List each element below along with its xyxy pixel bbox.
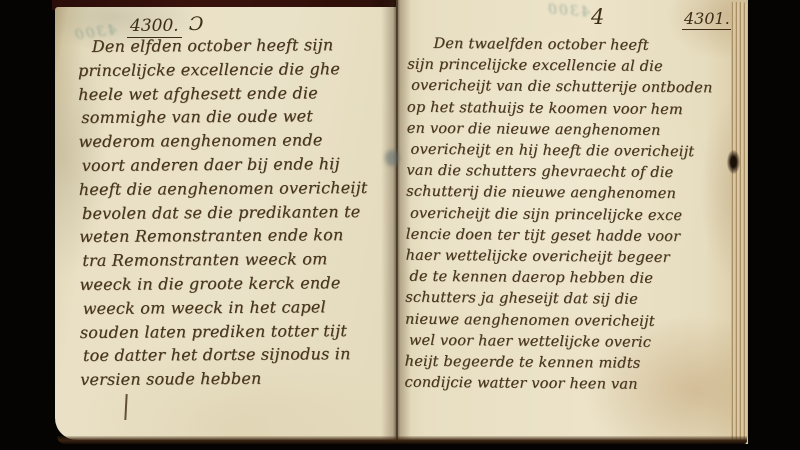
left-page-text: Den elfden october heeft sijn princelijc…: [78, 33, 369, 392]
manuscript-line: heele wet afghesett ende die: [78, 81, 367, 107]
manuscript-line: versien soude hebben: [80, 366, 369, 392]
page-fore-edge: [731, 2, 748, 442]
manuscript-line: op het stathuijs te koomen voor hem: [407, 97, 713, 121]
manuscript-line: nieuwe aenghenomen overicheijt: [405, 309, 711, 333]
left-folio-flourish: Ɔ: [189, 13, 204, 35]
manuscript-line: haer wettelijcke overicheijt begeer: [406, 246, 712, 270]
right-page-text: Den twaelfden october heeft sijn princel…: [404, 34, 713, 397]
manuscript-line: overicheijt en hij heeft die overicheijt: [410, 140, 712, 164]
manuscript-photo: 4300. Ɔ 4300 Den elfden october heeft si…: [0, 0, 800, 450]
manuscript-line: Den elfden october heeft sijn: [92, 33, 367, 59]
manuscript-line: overicheijt van die schutterije ontboden: [411, 76, 713, 100]
left-page: 4300. Ɔ 4300 Den elfden october heeft si…: [55, 7, 396, 440]
manuscript-line: heijt begeerde te kennen midts: [405, 352, 711, 376]
manuscript-line: toe datter het dortse sijnodus in: [83, 342, 369, 368]
manuscript-line: lencie doen ter tijt geset hadde voor: [406, 224, 712, 248]
manuscript-line: weeck in die groote kerck ende: [79, 271, 368, 297]
archive-stamp-ghost-right: 4300: [545, 1, 590, 20]
manuscript-line: schutterij die nieuwe aenghenomen: [406, 182, 712, 206]
manuscript-line: de te kennen daerop hebben die: [409, 267, 711, 291]
manuscript-line: wederom aenghenomen ende: [78, 128, 367, 154]
ink-blot: [385, 150, 399, 166]
right-page: 4 4301. 4300 Den twaelfden october heeft…: [396, 0, 748, 444]
manuscript-line: en voor die nieuwe aenghenomen: [407, 118, 713, 142]
right-page-center-number: 4: [591, 5, 604, 29]
manuscript-line: weten Remonstranten ende kon: [79, 223, 368, 249]
stray-pen-stroke: [124, 394, 127, 420]
book-gutter-fold: [396, 0, 398, 444]
manuscript-line: bevolen dat se die predikanten te: [82, 200, 368, 226]
manuscript-line: wel voor haer wettelijcke overic: [409, 331, 711, 355]
book-bottom-edge: [57, 436, 747, 444]
manuscript-line: tra Remonstranten weeck om: [82, 247, 368, 273]
manuscript-line: schutters ja gheseijt dat sij die: [405, 288, 711, 312]
manuscript-line: souden laten prediken totter tijt: [80, 319, 369, 345]
manuscript-line: van die schutters ghevraecht of die: [406, 161, 712, 185]
manuscript-book: 4300. Ɔ 4300 Den elfden october heeft si…: [55, 0, 748, 444]
manuscript-line: weeck om weeck in het capel: [83, 295, 369, 321]
manuscript-line: sijn princelijcke excellencie al die: [407, 55, 713, 79]
manuscript-line: heeft die aenghenomen overicheijt: [79, 176, 368, 202]
manuscript-line: Den twaelfden october heeft: [433, 34, 713, 58]
manuscript-line: overicheijt die sijn princelijcke exce: [410, 203, 712, 227]
manuscript-line: princelijcke excellencie die ghe: [78, 57, 367, 83]
manuscript-line: sommighe van die oude wet: [81, 104, 367, 130]
manuscript-line: voort anderen daer bij ende hij: [82, 152, 368, 178]
manuscript-line: condijcie watter voor heen van: [404, 373, 710, 397]
fore-edge-chip: [727, 150, 740, 174]
right-folio-number: 4301.: [682, 9, 732, 30]
